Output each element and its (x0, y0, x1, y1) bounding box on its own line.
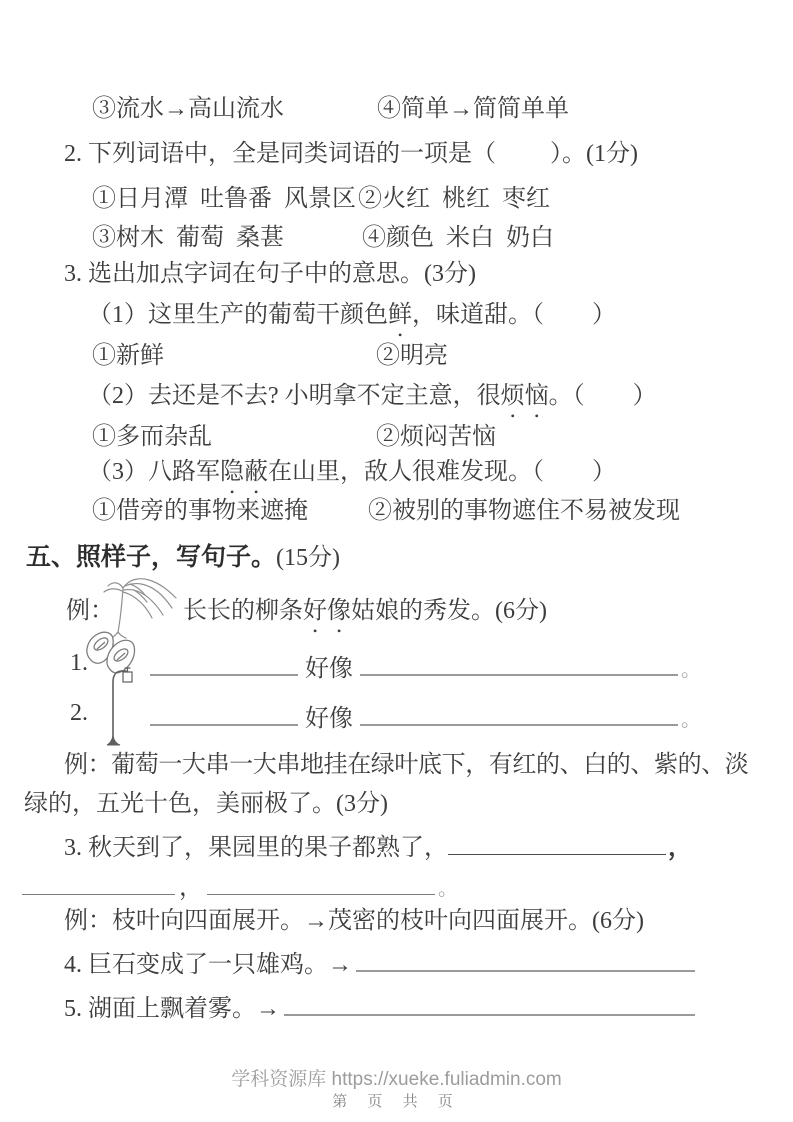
page-number-footer: 第 页 共 页 (0, 1090, 793, 1111)
question-2-stem: 2. 下列词语中，全是同类词语的一项是（）。(1分) (64, 139, 638, 169)
answer-blank (22, 868, 175, 895)
example-2-line-2: 绿的，五光十色，美丽极了。(3分) (24, 789, 388, 819)
emphasized-word: 好像 (303, 598, 351, 624)
prev-question-option-3: ③流水→高山流水 (92, 94, 284, 124)
item-5-lead: 5. 湖面上飘着雾。→ (64, 994, 280, 1024)
answer-blank (207, 868, 435, 895)
q2-option-1: ①日月潭 吐鲁番 风景区 (92, 184, 356, 214)
q3-sub1-option-1: ①新鲜 (92, 341, 164, 371)
prev-question-option-4: ④简单→简简单单 (377, 94, 569, 124)
item-2-answer-line: 好像 。 (150, 698, 701, 735)
answer-blank (356, 944, 695, 972)
answer-blank (284, 988, 695, 1016)
answer-blank (360, 698, 678, 726)
emphasized-word: 鲜 (388, 302, 412, 328)
answer-blank (360, 648, 678, 676)
period-mark: 。 (681, 655, 701, 685)
example-1-sentence: 长长的柳条好像姑娘的秀发。(6分) (183, 596, 547, 638)
q3-sub3-sentence: （3）八路军隐蔽在山里，敌人很难发现。（） (88, 457, 616, 499)
period-mark: 。 (681, 705, 701, 735)
example-3: 例：枝叶向四面展开。→茂密的枝叶向四面展开。(6分) (64, 906, 644, 936)
answer-blank (150, 698, 298, 726)
item-3-line-2: ， 。 (22, 868, 458, 904)
q3-sub1-option-2: ②明亮 (376, 341, 448, 371)
item-4: 4. 巨石变成了一只雄鸡。→ (64, 944, 695, 980)
q3-sub3-option-1: ①借旁的事物来遮掩 (92, 496, 308, 526)
q3-sub2-sentence: （2）去还是不去? 小明拿不定主意，很烦恼。（） (88, 381, 657, 423)
street-lamp-icon (102, 664, 138, 748)
q2-option-4: ④颜色 米白 奶白 (362, 223, 554, 253)
question-3-stem: 3. 选出加点字词在句子中的意思。(3分) (64, 259, 476, 289)
connector-word: 好像 (305, 704, 353, 734)
period-mark: 。 (438, 874, 458, 904)
comma-mark: ， (668, 833, 692, 863)
section-5-title: 五、照样子，写句子。(15分) (26, 542, 340, 573)
q3-sub2-option-1: ①多而杂乱 (92, 422, 212, 452)
connector-word: 好像 (305, 654, 353, 684)
q3-sub1-sentence: （1）这里生产的葡萄干颜色鲜，味道甜。（） (88, 300, 616, 342)
item-2-number: 2. (70, 698, 88, 728)
q2-option-2: ②火红 桃红 枣红 (358, 184, 550, 214)
q2-option-3: ③树木 葡萄 桑葚 (92, 223, 284, 253)
comma-mark: ， (179, 873, 203, 903)
q3-sub3-option-2: ②被别的事物遮住不易被发现 (368, 496, 680, 526)
item-5: 5. 湖面上飘着雾。→ (64, 988, 695, 1024)
worksheet-page: ③流水→高山流水 ④简单→简简单单 2. 下列词语中，全是同类词语的一项是（）。… (0, 0, 793, 1122)
item-4-lead: 4. 巨石变成了一只雄鸡。→ (64, 950, 352, 980)
emphasized-word: 烦恼 (501, 383, 549, 409)
q3-sub2-option-2: ②烦闷苦恼 (376, 422, 496, 452)
example-2-line-1: 例：葡萄一大串一大串地挂在绿叶底下，有红的、白的、紫的、淡 (64, 750, 748, 780)
emphasized-word: 隐蔽 (220, 459, 268, 485)
item-3-line-1: 3. 秋天到了，果园里的果子都熟了， ， (64, 828, 692, 863)
answer-blank (448, 828, 666, 855)
item-3-lead: 3. 秋天到了，果园里的果子都熟了， (64, 833, 448, 863)
answer-blank (150, 648, 298, 676)
item-1-answer-line: 好像 。 (150, 648, 701, 685)
watermark-source: 学科资源库 https://xueke.fuliadmin.com (0, 1064, 793, 1091)
